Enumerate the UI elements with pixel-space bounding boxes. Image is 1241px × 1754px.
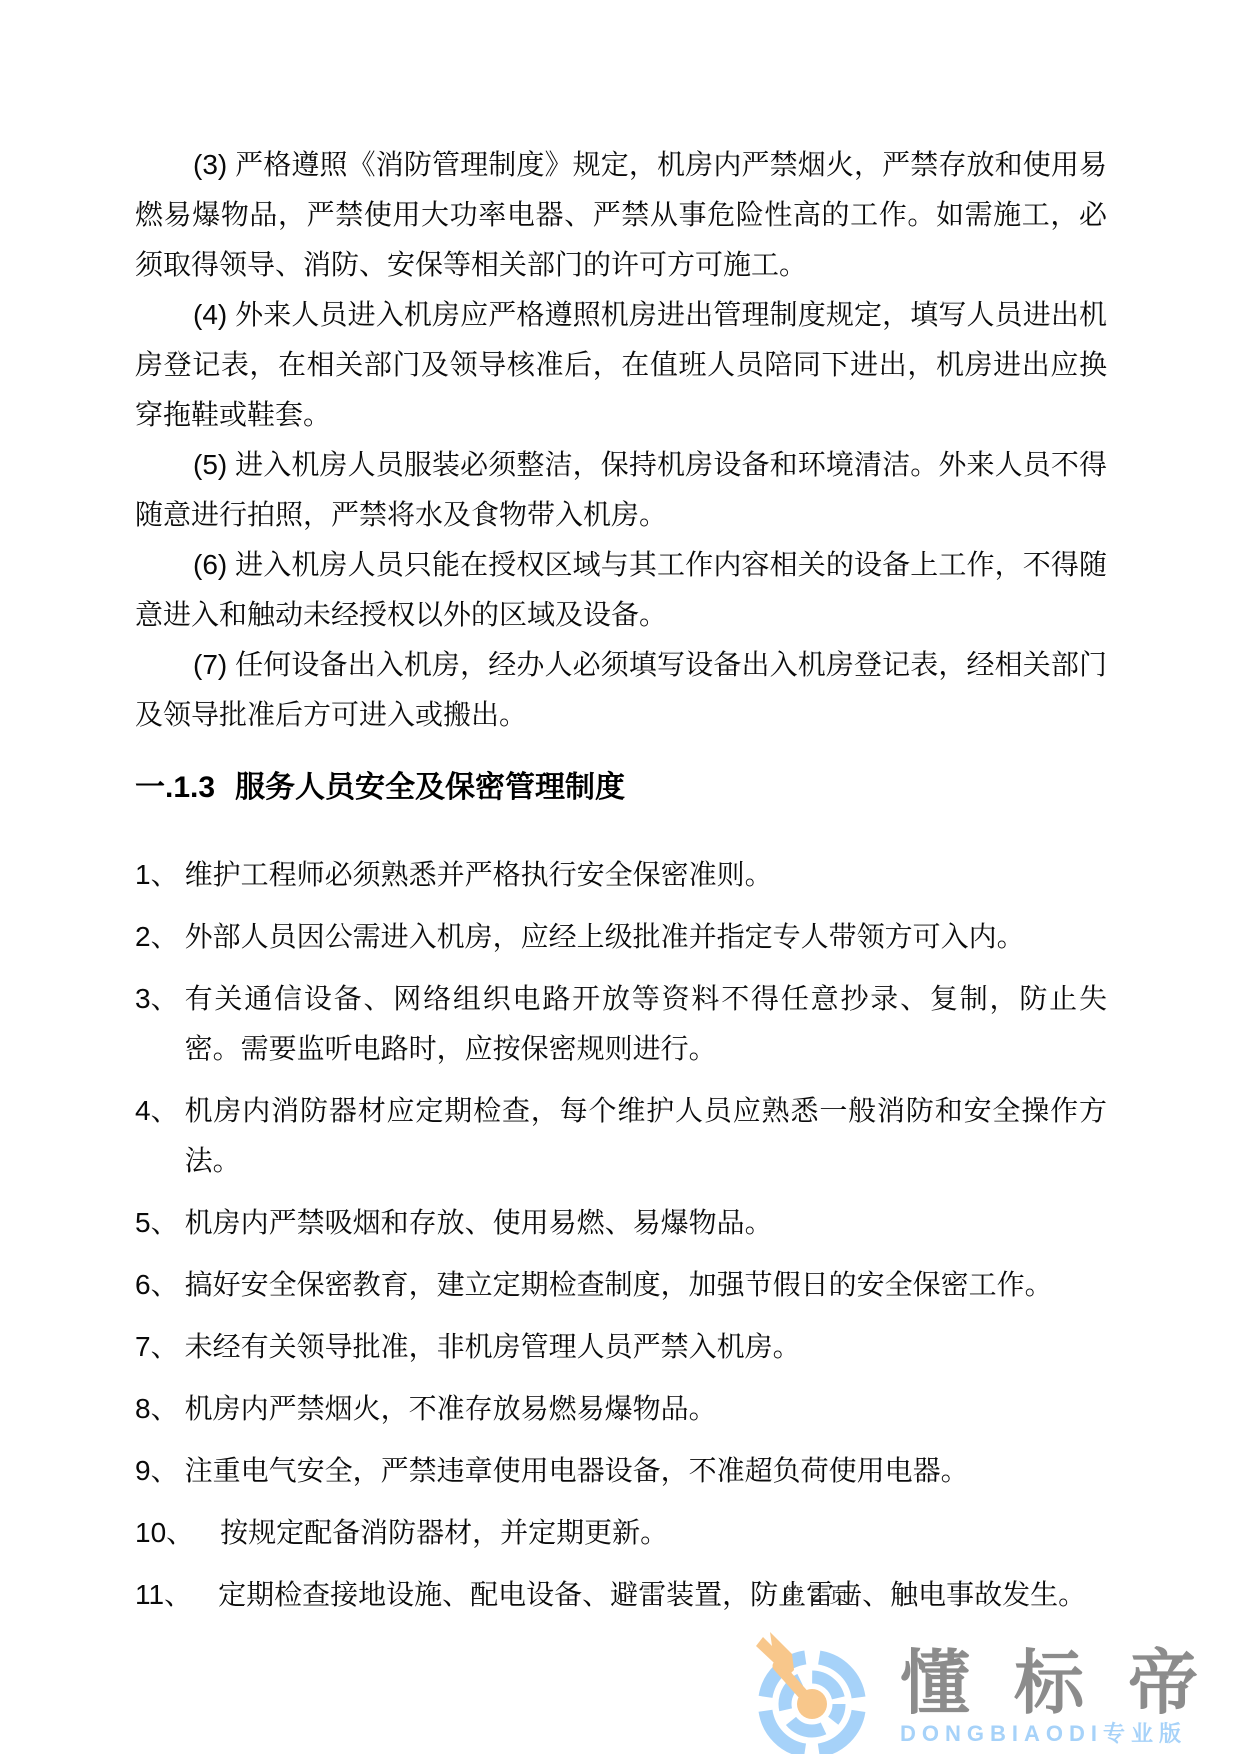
- list-item-number: 3、: [135, 974, 179, 1024]
- brand-text-block: 懂标帝 DONGBIAODI专业版: [900, 1630, 1198, 1746]
- list-item-number: 6、: [135, 1260, 179, 1310]
- list-item: 10、 按规定配备消防器材，并定期更新。: [135, 1508, 1107, 1558]
- list-item: 6、 搞好安全保密教育，建立定期检查制度，加强节假日的安全保密工作。: [135, 1260, 1107, 1310]
- list-item-text: 搞好安全保密教育，建立定期检查制度，加强节假日的安全保密工作。: [185, 1260, 1053, 1310]
- list-item: 8、 机房内严禁烟火，不准存放易燃易爆物品。: [135, 1384, 1107, 1434]
- list-item-number: 2、: [135, 912, 179, 962]
- section-heading: 一.1.3 服务人员安全及保密管理制度: [135, 762, 1107, 806]
- list-item: 5、 机房内严禁吸烟和存放、使用易燃、易爆物品。: [135, 1198, 1107, 1248]
- section-heading-title: 服务人员安全及保密管理制度: [235, 762, 625, 806]
- list-item-number: 5、: [135, 1198, 179, 1248]
- list-item: 1、 维护工程师必须熟悉并严格执行安全保密准则。: [135, 850, 1107, 900]
- rule-list: 1、 维护工程师必须熟悉并严格执行安全保密准则。 2、 外部人员因公需进入机房，…: [135, 850, 1107, 1620]
- list-item: 7、 未经有关领导批准，非机房管理人员严禁入机房。: [135, 1322, 1107, 1372]
- list-item-text: 机房内消防器材应定期检查，每个维护人员应熟悉一般消防和安全操作方法。: [185, 1086, 1107, 1186]
- target-dart-icon: [744, 1630, 876, 1754]
- list-item: 11、 定期检查接地设施、配电设备、避雷装置，防止雷击、触电事故发生。: [135, 1570, 1107, 1620]
- list-item-text: 注重电气安全，严禁违章使用电器设备，不准超负荷使用电器。: [185, 1446, 969, 1496]
- list-item-text: 机房内严禁吸烟和存放、使用易燃、易爆物品。: [185, 1198, 773, 1248]
- list-item-text: 有关通信设备、网络组织电路开放等资料不得任意抄录、复制，防止失密。需要监听电路时…: [185, 974, 1107, 1074]
- list-item-number: 10、: [135, 1508, 194, 1558]
- list-item-text: 按规定配备消防器材，并定期更新。: [220, 1508, 668, 1558]
- document-page: (3) 严格遵照《消防管理制度》规定，机房内严禁烟火，严禁存放和使用易燃易爆物品…: [0, 0, 1241, 1754]
- paragraph: (4) 外来人员进入机房应严格遵照机房进出管理制度规定，填写人员进出机房登记表，…: [135, 290, 1107, 440]
- brand-subtitle: DONGBIAODI专业版: [900, 1722, 1198, 1746]
- document-body: (3) 严格遵照《消防管理制度》规定，机房内严禁烟火，严禁存放和使用易燃易爆物品…: [135, 140, 1107, 1632]
- list-item-text: 外部人员因公需进入机房，应经上级批准并指定专人带领方可入内。: [185, 912, 1025, 962]
- brand-logo: 懂标帝 DONGBIAODI专业版: [744, 1630, 1198, 1754]
- list-item-number: 11、: [135, 1570, 192, 1620]
- list-item-number: 1、: [135, 850, 179, 900]
- list-item-number: 4、: [135, 1086, 179, 1136]
- list-item: 3、 有关通信设备、网络组织电路开放等资料不得任意抄录、复制，防止失密。需要监听…: [135, 974, 1107, 1074]
- list-item-text: 机房内严禁烟火，不准存放易燃易爆物品。: [185, 1384, 717, 1434]
- list-item: 2、 外部人员因公需进入机房，应经上级批准并指定专人带领方可入内。: [135, 912, 1107, 962]
- brand-name: 懂标帝: [900, 1648, 1241, 1718]
- list-item-text: 定期检查接地设施、配电设备、避雷装置，防止雷击、触电事故发生。: [218, 1570, 1086, 1620]
- paragraph: (5) 进入机房人员服装必须整洁，保持机房设备和环境清洁。外来人员不得随意进行拍…: [135, 440, 1107, 540]
- list-item-number: 7、: [135, 1322, 179, 1372]
- paragraph: (3) 严格遵照《消防管理制度》规定，机房内严禁烟火，严禁存放和使用易燃易爆物品…: [135, 140, 1107, 290]
- list-item: 9、 注重电气安全，严禁违章使用电器设备，不准超负荷使用电器。: [135, 1446, 1107, 1496]
- paragraph: (6) 进入机房人员只能在授权区域与其工作内容相关的设备上工作，不得随意进入和触…: [135, 540, 1107, 640]
- page-number: 第 2 页/: [783, 1579, 857, 1608]
- list-item-number: 9、: [135, 1446, 179, 1496]
- list-item: 4、 机房内消防器材应定期检查，每个维护人员应熟悉一般消防和安全操作方法。: [135, 1086, 1107, 1186]
- list-item-text: 未经有关领导批准，非机房管理人员严禁入机房。: [185, 1322, 801, 1372]
- paragraph: (7) 任何设备出入机房，经办人必须填写设备出入机房登记表，经相关部门及领导批准…: [135, 640, 1107, 740]
- list-item-text: 维护工程师必须熟悉并严格执行安全保密准则。: [185, 850, 773, 900]
- section-heading-number: 一.1.3: [135, 762, 215, 806]
- list-item-number: 8、: [135, 1384, 179, 1434]
